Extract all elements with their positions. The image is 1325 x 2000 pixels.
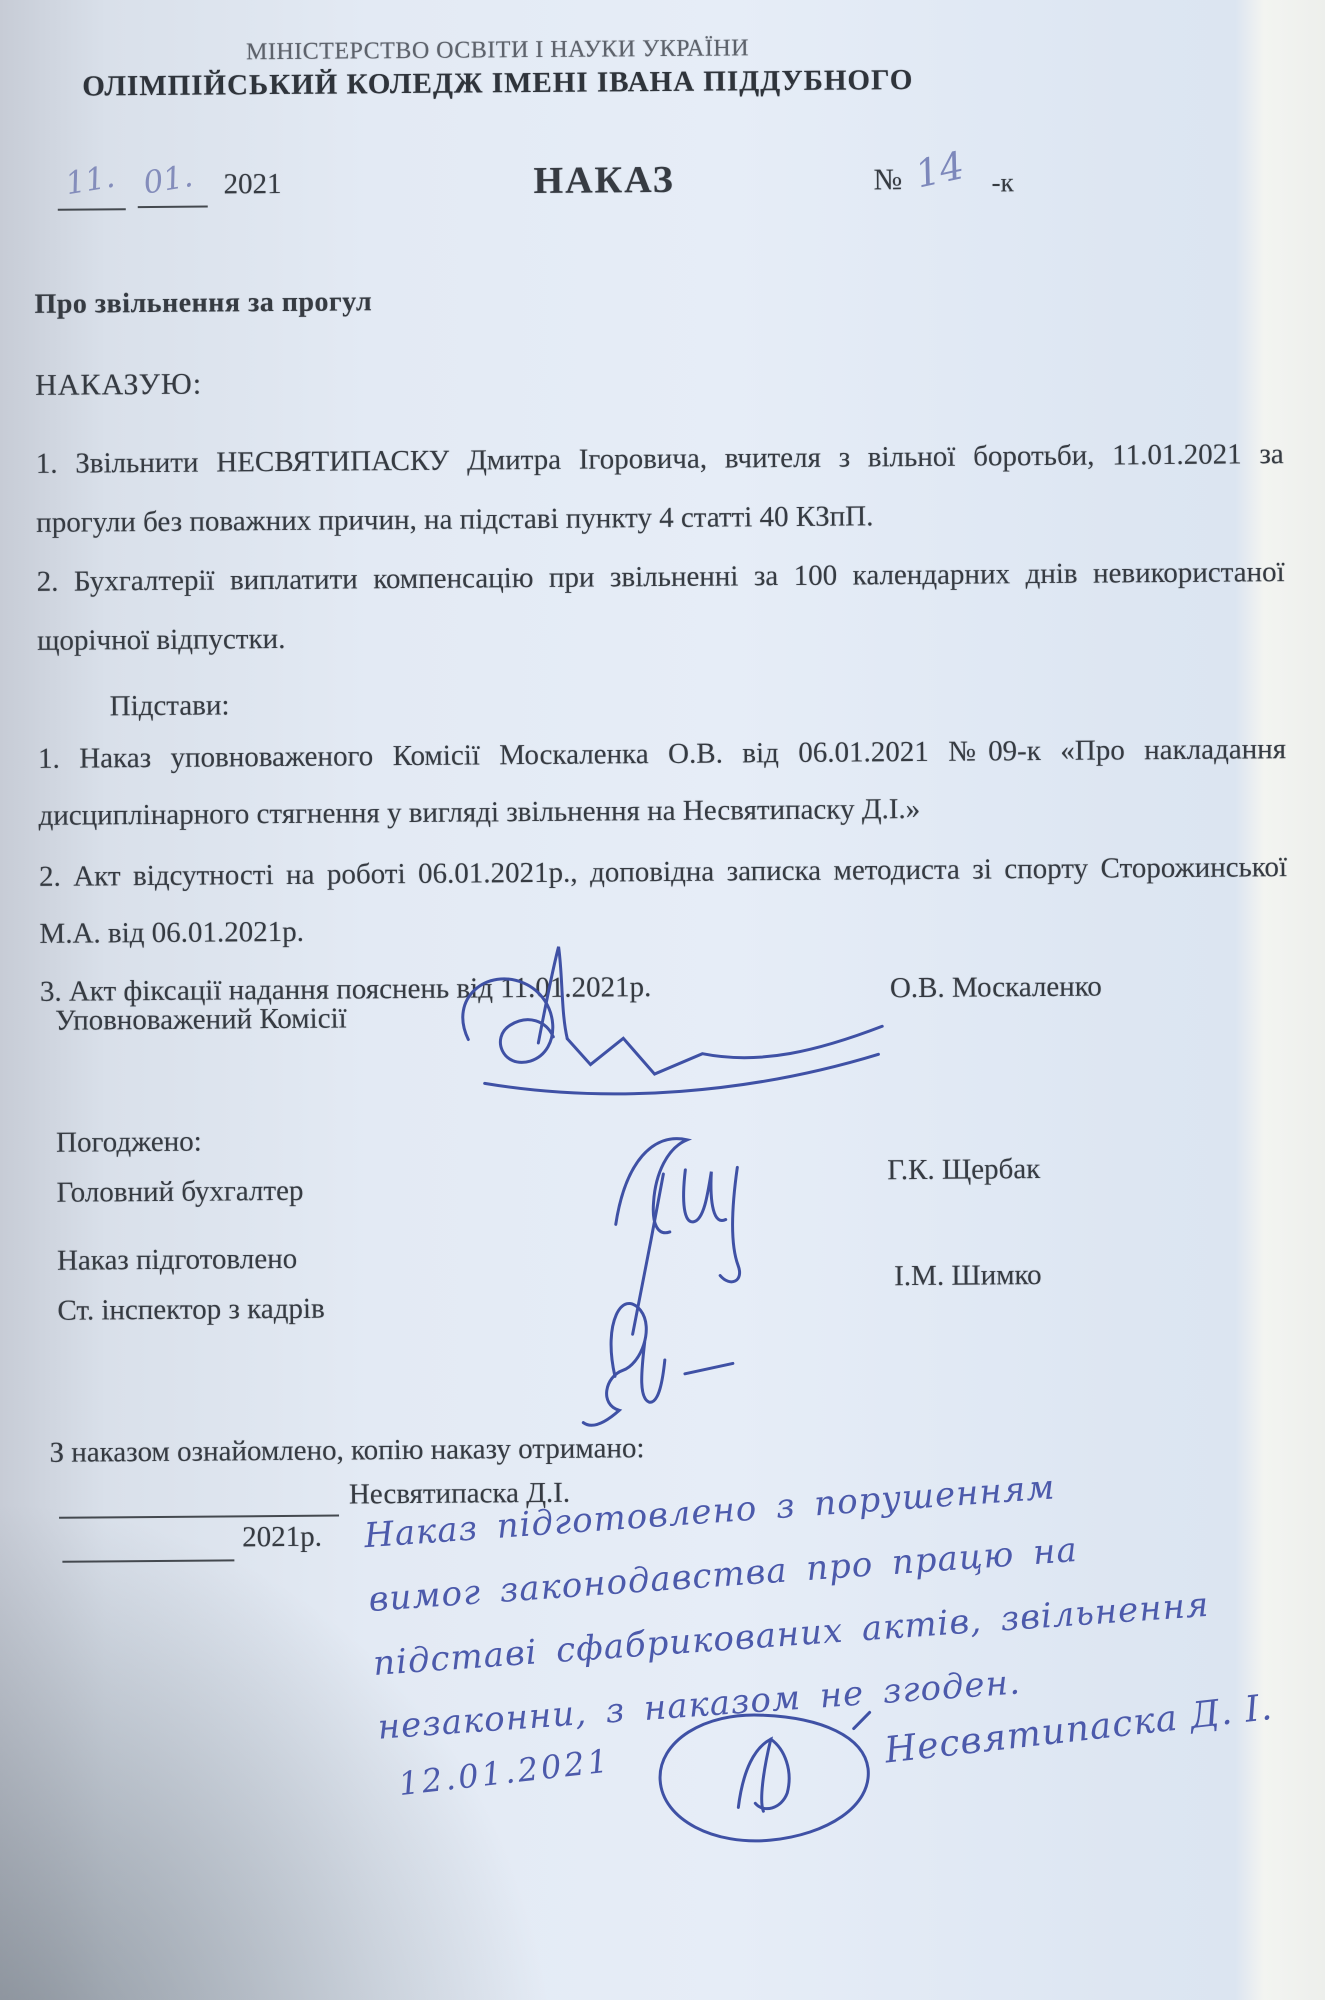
number-suffix: -к — [991, 167, 1013, 198]
number-sign: № — [873, 163, 902, 197]
signatory-role-agreed: Погоджено: — [56, 1126, 202, 1160]
signatory-name-moskalenko: О.В. Москаленко — [890, 971, 1102, 1006]
handwritten-number: 14 — [911, 143, 968, 196]
doc-type-title: НАКАЗ — [533, 158, 674, 203]
handwritten-month: 01. — [141, 158, 196, 202]
signatory-role-accountant: Головний бухгалтер — [56, 1175, 303, 1210]
order-subject: Про звільнення за прогул — [34, 286, 372, 321]
handwritten-day: 11. — [63, 159, 118, 203]
signature-moskalenko — [440, 938, 891, 1132]
order-item-2: 2. Бухгалтерії виплатити компенсацію при… — [36, 543, 1285, 671]
day-underline — [58, 208, 126, 211]
signatory-name-shymko: І.М. Шимко — [894, 1259, 1042, 1293]
acknowledgement-date-underline — [62, 1559, 234, 1562]
acknowledgement-year: 2021р. — [242, 1521, 322, 1555]
order-heading: НАКАЗУЮ: — [35, 368, 202, 403]
signatory-role-commission: Уповноважений Комісії — [55, 1002, 347, 1037]
ministry-header: МІНІСТЕРСТВО ОСВІТИ І НАУКИ УКРАЇНИ — [0, 33, 1003, 68]
grounds-item-1: 1. Наказ уповноваженого Комісії Москален… — [38, 721, 1287, 845]
document-page: МІНІСТЕРСТВО ОСВІТИ І НАУКИ УКРАЇНИ ОЛІМ… — [0, 0, 1325, 2000]
acknowledgement-sign-underline — [59, 1515, 339, 1519]
signature-shymko — [541, 1169, 773, 1441]
institution-header: ОЛІМПІЙСЬКИЙ КОЛЕДЖ ІМЕНІ ІВАНА ПІДДУБНО… — [0, 63, 1003, 104]
scanned-order: МІНІСТЕРСТВО ОСВІТИ І НАУКИ УКРАЇНИ ОЛІМ… — [0, 0, 1325, 2000]
acknowledgement-line: З наказом ознайомлено, копію наказу отри… — [49, 1432, 644, 1470]
signatory-role-prepared: Наказ підготовлено — [57, 1243, 297, 1278]
circled-initials-signature — [642, 1706, 893, 1858]
signatory-name-shcherbak: Г.К. Щербак — [887, 1153, 1040, 1187]
printed-year: 2021 — [223, 168, 281, 201]
order-item-1: 1. Звільнити НЕСВЯТИПАСКУ Дмитра Ігорови… — [36, 425, 1285, 553]
grounds-heading: Підстави: — [110, 689, 230, 723]
month-underline — [138, 206, 208, 209]
signatory-role-inspector: Ст. інспектор з кадрів — [57, 1293, 325, 1328]
